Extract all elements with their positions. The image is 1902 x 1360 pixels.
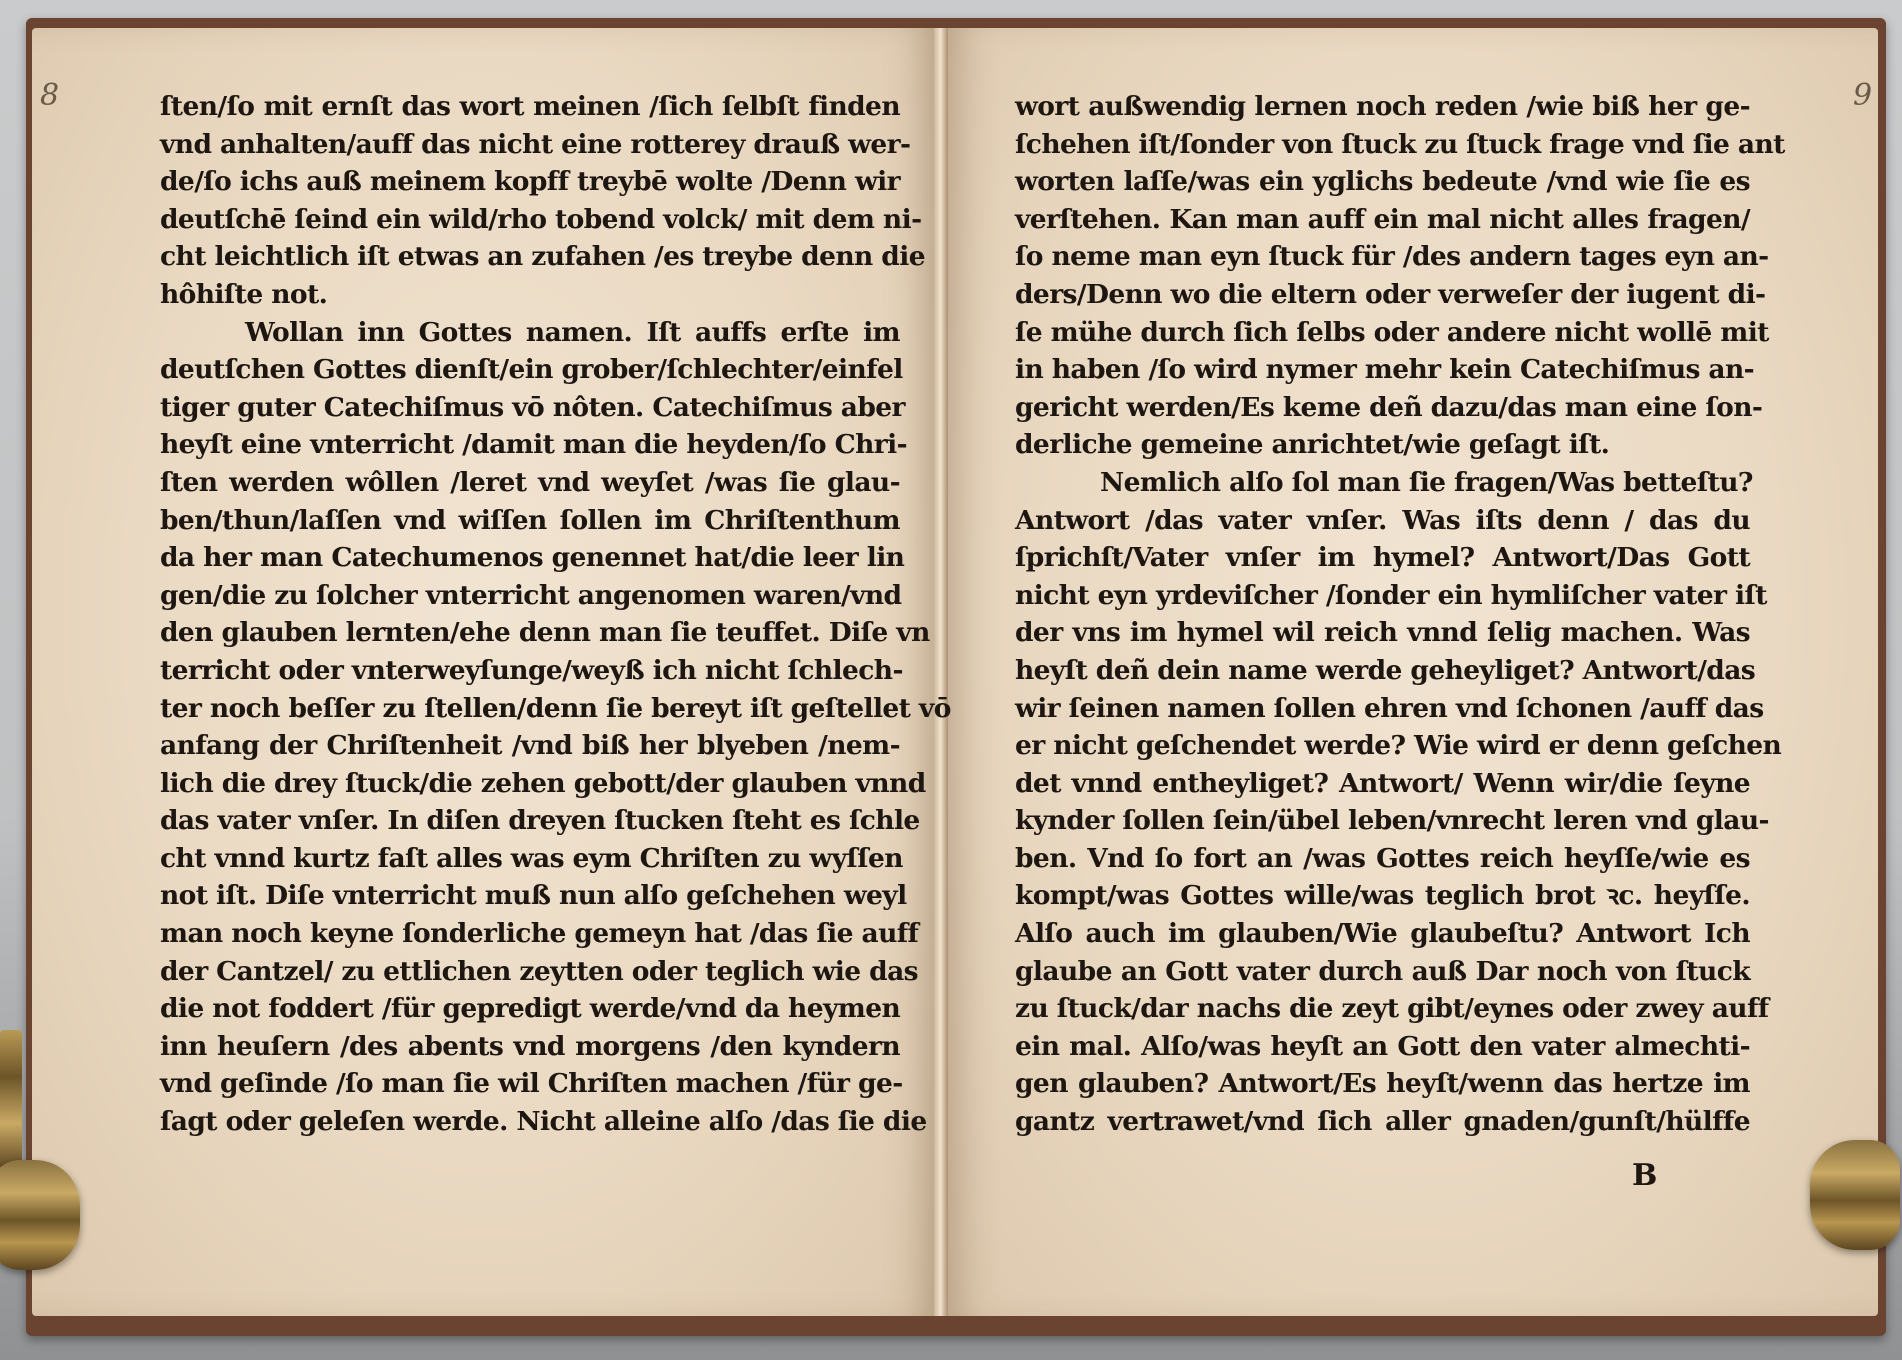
text-line: in haben /ſo wird nymer mehr kein Catech… (1015, 351, 1750, 389)
text-line: verſtehen. Kan man auff ein mal nicht al… (1015, 201, 1750, 239)
text-line: heyſt eine vnterricht /damit man die hey… (160, 426, 900, 464)
text-line: vnd geſinde /ſo man ſie wil Chriſten mac… (160, 1065, 900, 1103)
left-page-text: ſten/ſo mit ernſt das wort meinen /ſich … (160, 88, 900, 1141)
paragraph-start-line: Wollan inn Gottes namen. Iſt auffs erſte… (160, 314, 900, 352)
text-line: wort außwendig lernen noch reden /wie bi… (1015, 88, 1750, 126)
text-line: glaube an Gott vater durch auß Dar noch … (1015, 953, 1750, 991)
text-line: de/ſo ichs auß meinem kopff treybē wolte… (160, 163, 900, 201)
text-line: ſo neme man eyn ſtuck für /des andern ta… (1015, 238, 1750, 276)
left-page-holder-hand (0, 1160, 80, 1270)
text-line: ſprichſt/Vater vnſer im hymel? Antwort/D… (1015, 539, 1750, 577)
text-line: gen glauben? Antwort/Es heyſt/wenn das h… (1015, 1065, 1750, 1103)
text-line: ter noch beſſer zu ſtellen/denn ſie bere… (160, 690, 900, 728)
text-line: man noch keyne ſonderliche gemeyn hat /d… (160, 915, 900, 953)
text-line: wir ſeinen namen ſollen ehren vnd ſchone… (1015, 690, 1750, 728)
text-line: ſten werden wôllen /leret vnd weyſet /wa… (160, 464, 900, 502)
text-line: det vnnd entheyliget? Antwort/ Wenn wir/… (1015, 765, 1750, 803)
text-line: gen/die zu ſolcher vnterricht angenomen … (160, 577, 900, 615)
text-line: den glauben lernten/ehe denn man ſie teu… (160, 614, 900, 652)
text-line: ben/thun/laſſen vnd wiſſen ſollen im Chr… (160, 502, 900, 540)
text-line: zu ſtuck/dar nachs die zeyt gibt/eynes o… (1015, 990, 1750, 1028)
text-line: Antwort /das vater vnſer. Was iſts denn … (1015, 502, 1750, 540)
text-line: vnd anhalten/auff das nicht eine rottere… (160, 126, 900, 164)
text-line: derliche gemeine anrichtet/wie geſagt iſ… (1015, 426, 1750, 464)
text-line: Alſo auch im glauben/Wie glaubeſtu? Antw… (1015, 915, 1750, 953)
text-line: cht vnnd kurtz faſt alles was eym Chriſt… (160, 840, 900, 878)
text-line: gantz vertrawet/vnd ſich aller gnaden/gu… (1015, 1103, 1750, 1141)
text-line: ſagt oder geleſen werde. Nicht alleine a… (160, 1103, 900, 1141)
text-line: da her man Catechumenos genennet hat/die… (160, 539, 900, 577)
text-line: ſten/ſo mit ernſt das wort meinen /ſich … (160, 88, 900, 126)
right-page-text: wort außwendig lernen noch reden /wie bi… (1015, 88, 1750, 1141)
text-line: er nicht geſchendet werde? Wie wird er d… (1015, 727, 1750, 765)
text-line: der vns im hymel wil reich vnnd ſelig ma… (1015, 614, 1750, 652)
signature-mark: B (1632, 1158, 1657, 1193)
text-line: heyſt deñ dein name werde geheyliget? An… (1015, 652, 1750, 690)
text-line: anfang der Chriſtenheit /vnd biß her bly… (160, 727, 900, 765)
text-line: terricht oder vnterweyſunge/weyß ich nic… (160, 652, 900, 690)
text-line: kompt/was Gottes wille/was teglich brot … (1015, 877, 1750, 915)
right-page-holder-hand (1810, 1140, 1900, 1250)
text-line: nicht eyn yrdeviſcher /ſonder ein hymliſ… (1015, 577, 1750, 615)
text-line: gericht werden/Es keme deñ dazu/das man … (1015, 389, 1750, 427)
right-page-folio: 9 (1853, 78, 1872, 113)
text-line: deutſchē ſeind ein wild/rho tobend volck… (160, 201, 900, 239)
text-line: kynder ſollen ſein/übel leben/vnrecht le… (1015, 802, 1750, 840)
text-line: not iſt. Diſe vnterricht muß nun alſo ge… (160, 877, 900, 915)
text-line: ben. Vnd ſo fort an /was Gottes reich he… (1015, 840, 1750, 878)
text-line: cht leichtlich iſt etwas an zufahen /es … (160, 238, 900, 276)
text-line: worten laſſe/was ein yglichs bedeute /vn… (1015, 163, 1750, 201)
text-line: das vater vnſer. In diſen dreyen ſtucken… (160, 802, 900, 840)
text-line: deutſchen Gottes dienſt/ein grober/ſchle… (160, 351, 900, 389)
text-line: ders/Denn wo die eltern oder verweſer de… (1015, 276, 1750, 314)
text-line: hôhiſte not. (160, 276, 900, 314)
text-line: ein mal. Alſo/was heyſt an Gott den vate… (1015, 1028, 1750, 1066)
paragraph-start-line: Nemlich alſo ſol man ſie fragen/Was bett… (1015, 464, 1750, 502)
text-line: inn heuſern /des abents vnd morgens /den… (160, 1028, 900, 1066)
text-line: die not foddert /für gepredigt werde/vnd… (160, 990, 900, 1028)
text-line: lich die drey ſtuck/die zehen gebott/der… (160, 765, 900, 803)
left-page-folio: 8 (40, 78, 59, 113)
text-line: der Cantzel/ zu ettlichen zeytten oder t… (160, 953, 900, 991)
text-line: ſe mühe durch ſich ſelbs oder andere nic… (1015, 314, 1750, 352)
text-line: tiger guter Catechiſmus vō nôten. Catech… (160, 389, 900, 427)
book-holder-ornament (0, 1030, 22, 1170)
text-line: ſchehen iſt/ſonder von ſtuck zu ſtuck fr… (1015, 126, 1750, 164)
